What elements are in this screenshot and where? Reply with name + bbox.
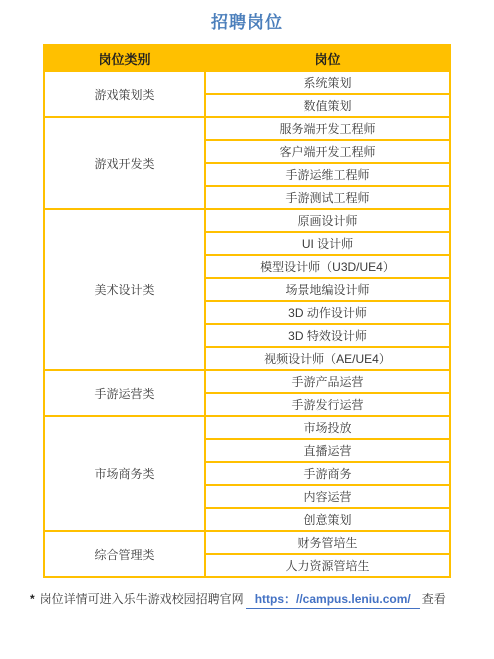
position-cell: 数值策划: [205, 94, 450, 117]
position-cell: 直播运营: [205, 439, 450, 462]
table-row: 市场商务类 市场投放: [44, 416, 450, 439]
footnote-asterisk: *: [30, 592, 35, 606]
position-cell: 客户端开发工程师: [205, 140, 450, 163]
category-cell: 综合管理类: [44, 531, 205, 577]
position-cell: UI 设计师: [205, 232, 450, 255]
table-row: 游戏开发类 服务端开发工程师: [44, 117, 450, 140]
header-position: 岗位: [205, 45, 450, 71]
positions-table: 岗位类别 岗位 游戏策划类 系统策划 数值策划 游戏开发类 服务端开发工程师 客…: [43, 44, 451, 578]
category-cell: 美术设计类: [44, 209, 205, 370]
table-row: 美术设计类 原画设计师: [44, 209, 450, 232]
table-header-row: 岗位类别 岗位: [44, 45, 450, 71]
position-cell: 市场投放: [205, 416, 450, 439]
position-cell: 创意策划: [205, 508, 450, 531]
footnote-text: 岗位详情可进入乐牛游戏校园招聘官网: [40, 592, 244, 606]
position-cell: 视频设计师（AE/UE4）: [205, 347, 450, 370]
footnote-suffix: 查看: [422, 592, 446, 606]
position-cell: 原画设计师: [205, 209, 450, 232]
table-row: 综合管理类 财务管培生: [44, 531, 450, 554]
position-cell: 手游商务: [205, 462, 450, 485]
position-cell: 内容运营: [205, 485, 450, 508]
position-cell: 手游产品运营: [205, 370, 450, 393]
position-cell: 手游测试工程师: [205, 186, 450, 209]
category-cell: 市场商务类: [44, 416, 205, 531]
campus-site-link[interactable]: https：//campus.leniu.com/: [255, 592, 411, 606]
position-cell: 手游发行运营: [205, 393, 450, 416]
position-cell: 场景地编设计师: [205, 278, 450, 301]
position-cell: 人力资源管培生: [205, 554, 450, 577]
position-cell: 3D 特效设计师: [205, 324, 450, 347]
position-cell: 手游运维工程师: [205, 163, 450, 186]
table-row: 手游运营类 手游产品运营: [44, 370, 450, 393]
footnote: *岗位详情可进入乐牛游戏校园招聘官网https：//campus.leniu.c…: [0, 591, 494, 609]
page-title: 招聘岗位: [0, 0, 494, 34]
position-cell: 财务管培生: [205, 531, 450, 554]
table-row: 游戏策划类 系统策划: [44, 71, 450, 94]
category-cell: 游戏策划类: [44, 71, 205, 117]
position-cell: 服务端开发工程师: [205, 117, 450, 140]
position-cell: 3D 动作设计师: [205, 301, 450, 324]
category-cell: 游戏开发类: [44, 117, 205, 209]
document-page: 招聘岗位 岗位类别 岗位 游戏策划类 系统策划 数值策划 游戏开发类 服务: [0, 0, 494, 659]
category-cell: 手游运营类: [44, 370, 205, 416]
position-cell: 模型设计师（U3D/UE4）: [205, 255, 450, 278]
header-category: 岗位类别: [44, 45, 205, 71]
position-cell: 系统策划: [205, 71, 450, 94]
link-underline: https：//campus.leniu.com/: [246, 591, 420, 609]
